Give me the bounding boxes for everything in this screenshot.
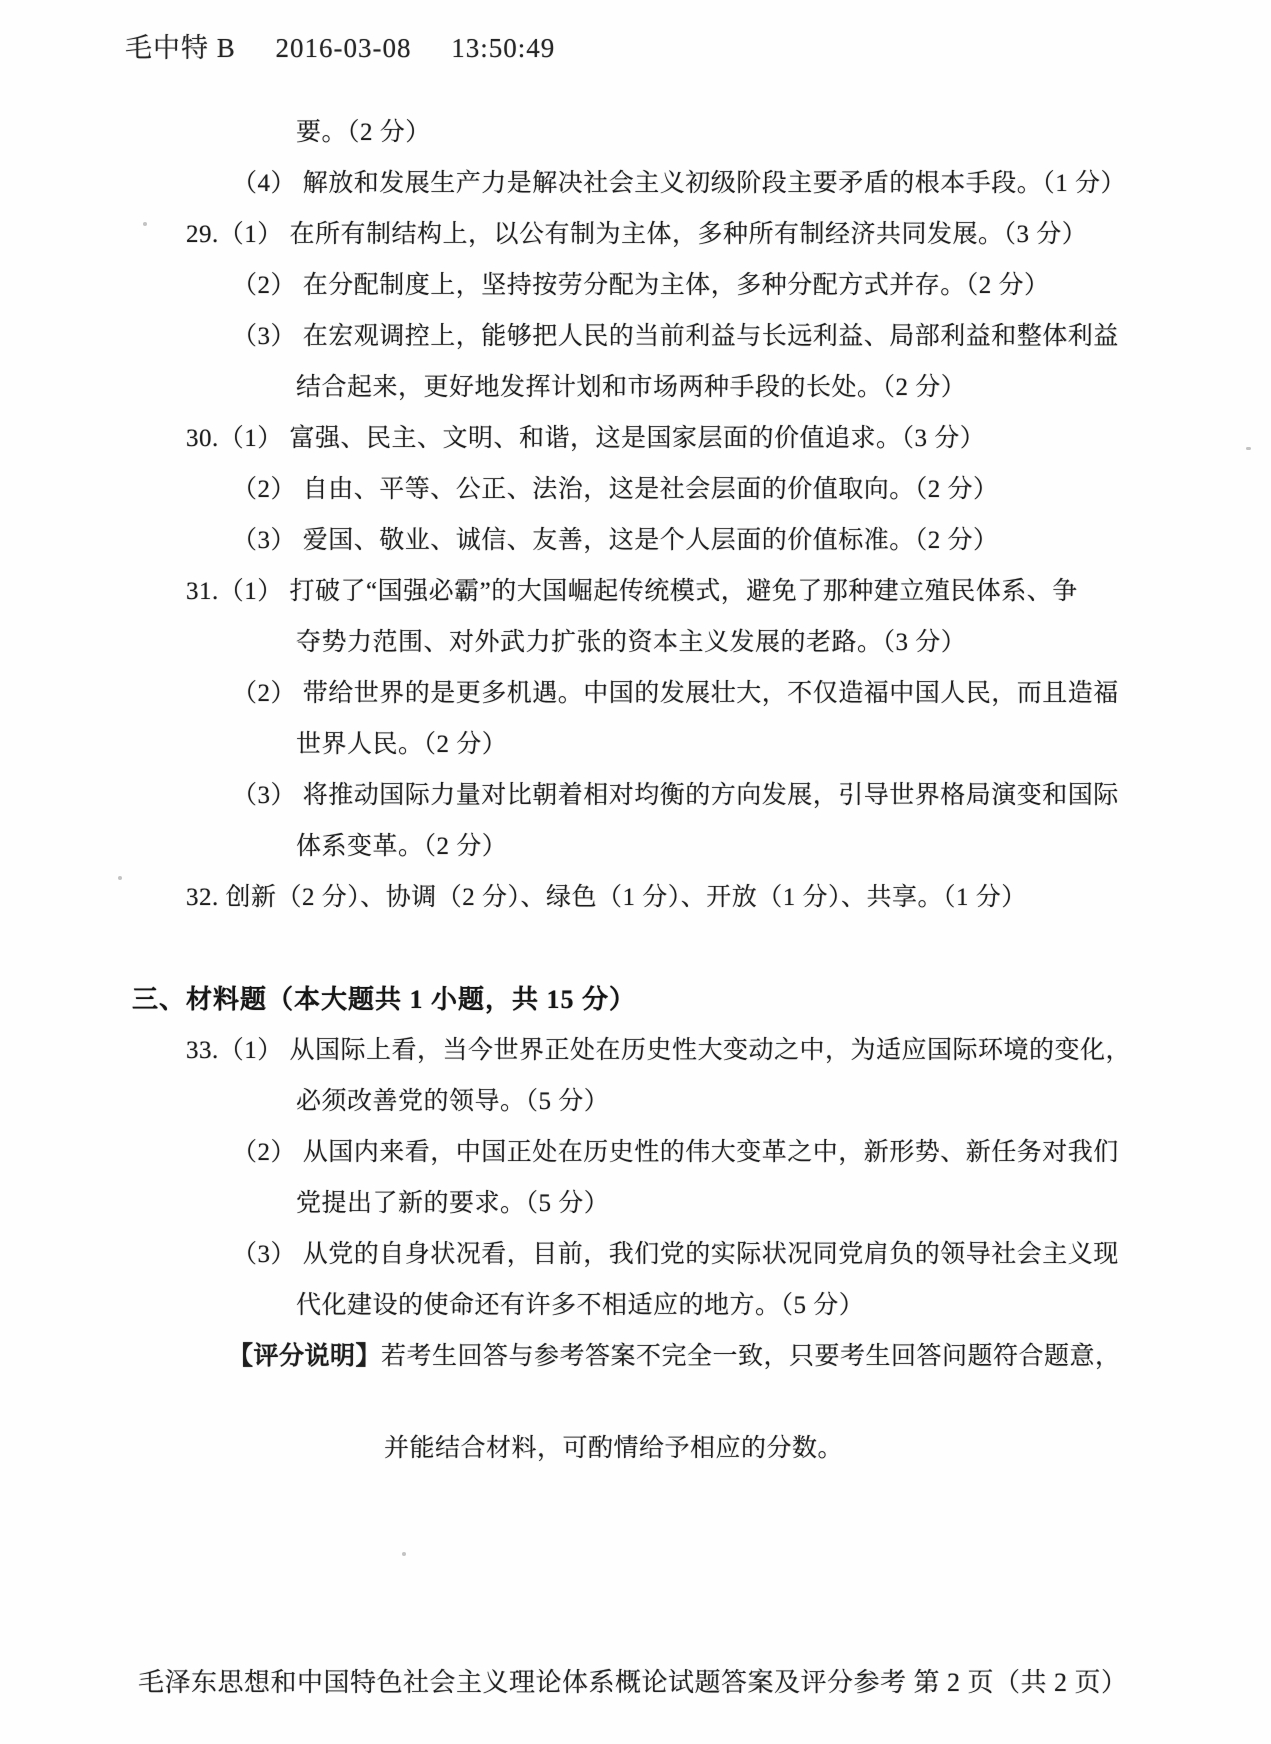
answer-line-text: （3） 将推动国际力量对比朝着相对均衡的方向发展，引导世界格局演变和国际 — [232, 782, 1119, 809]
answer-line: 必须改善党的领导。（5 分） — [296, 1076, 1271, 1127]
answer-line-text: （2） 自由、平等、公正、法治，这是社会层面的价值取向。（2 分） — [232, 476, 999, 503]
answer-line-text: （2） 带给世界的是更多机遇。中国的发展壮大，不仅造福中国人民，而且造福 — [232, 680, 1119, 707]
answer-line: 结合起来，更好地发挥计划和市场两种手段的长处。（2 分） — [296, 362, 1271, 413]
answer-line-text: 三、材料题（本大题共 1 小题，共 15 分） — [132, 985, 636, 1014]
answer-line: （3） 爱国、敬业、诚信、友善，这是个人层面的价值标准。（2 分） — [232, 515, 1271, 566]
answer-line: 要。（2 分） — [296, 107, 1271, 158]
answer-line: （3） 从党的自身状况看，目前，我们党的实际状况同党肩负的领导社会主义现 — [232, 1229, 1271, 1280]
answer-line-text: 并能结合材料，可酌情给予相应的分数。 — [384, 1435, 843, 1462]
answer-line-text: 代化建设的使命还有许多不相适应的地方。（5 分） — [296, 1292, 864, 1319]
answer-line-text: 33.（1） 从国际上看，当今世界正处在历史性大变动之中，为适应国际环境的变化， — [186, 1037, 1131, 1064]
answer-line-text: 29.（1） 在所有制结构上，以公有制为主体，多种所有制经济共同发展。（3 分） — [186, 221, 1087, 248]
answer-line-text: 31.（1） 打破了“国强必霸”的大国崛起传统模式，避免了那种建立殖民体系、争 — [186, 578, 1078, 605]
answer-line: （3） 在宏观调控上，能够把人民的当前利益与长远利益、局部利益和整体利益 — [232, 311, 1271, 362]
answer-line-text: （2） 从国内来看，中国正处在历史性的伟大变革之中，新形势、新任务对我们 — [232, 1139, 1119, 1166]
answer-line-text: 必须改善党的领导。（5 分） — [296, 1088, 609, 1115]
answer-line: 代化建设的使命还有许多不相适应的地方。（5 分） — [296, 1280, 1271, 1331]
answer-line: （2） 在分配制度上，坚持按劳分配为主体，多种分配方式并存。（2 分） — [232, 260, 1271, 311]
answer-lines: 要。（2 分）（4） 解放和发展生产力是解决社会主义初级阶段主要矛盾的根本手段。… — [0, 107, 1271, 1474]
scan-speckle — [1246, 447, 1251, 450]
answer-line-text: 要。（2 分） — [296, 119, 431, 146]
answer-line-text: 若考生回答与参考答案不完全一致，只要考生回答问题符合题意， — [381, 1343, 1121, 1370]
answer-line-text: （3） 爱国、敬业、诚信、友善，这是个人层面的价值标准。（2 分） — [232, 527, 999, 554]
answer-line-text: （2） 在分配制度上，坚持按劳分配为主体，多种分配方式并存。（2 分） — [232, 272, 1050, 299]
answer-line: 30.（1） 富强、民主、文明、和谐，这是国家层面的价值追求。（3 分） — [186, 413, 1271, 464]
answer-line: 世界人民。（2 分） — [296, 719, 1271, 770]
scan-speckle — [348, 1307, 351, 1310]
answer-line: 33.（1） 从国际上看，当今世界正处在历史性大变动之中，为适应国际环境的变化， — [186, 1025, 1271, 1076]
answer-line-text: 32. 创新（2 分）、协调（2 分）、绿色（1 分）、开放（1 分）、共享。（… — [186, 884, 1027, 911]
answer-line: 【评分说明】若考生回答与参考答案不完全一致，只要考生回答问题符合题意， — [228, 1331, 1271, 1382]
section-heading: 三、材料题（本大题共 1 小题，共 15 分） — [132, 974, 1271, 1025]
answer-line: 体系变革。（2 分） — [296, 821, 1271, 872]
header-time: 13:50:49 — [451, 33, 555, 63]
answer-line-text: （3） 从党的自身状况看，目前，我们党的实际状况同党肩负的领导社会主义现 — [232, 1241, 1119, 1268]
scan-speckle — [118, 876, 122, 880]
answer-line: （2） 自由、平等、公正、法治，这是社会层面的价值取向。（2 分） — [232, 464, 1271, 515]
answer-line-text: 夺势力范围、对外武力扩张的资本主义发展的老路。（3 分） — [296, 629, 966, 656]
answer-line-text: 结合起来，更好地发挥计划和市场两种手段的长处。（2 分） — [296, 374, 966, 401]
footer-text: 毛泽东思想和中国特色社会主义理论体系概论试题答案及评分参考 第 2 页（共 2 … — [138, 1668, 1128, 1697]
scan-speckle — [402, 1552, 406, 1556]
answer-line-text: 30.（1） 富强、民主、文明、和谐，这是国家层面的价值追求。（3 分） — [186, 425, 985, 452]
header-date: 2016-03-08 — [276, 33, 412, 63]
answer-line-text: 世界人民。（2 分） — [296, 731, 507, 758]
answer-line: （4） 解放和发展生产力是解决社会主义初级阶段主要矛盾的根本手段。（1 分） — [232, 158, 1271, 209]
header-course-code: 毛中特 B — [125, 33, 236, 63]
answer-line-text: （4） 解放和发展生产力是解决社会主义初级阶段主要矛盾的根本手段。（1 分） — [232, 170, 1126, 197]
answer-line: （3） 将推动国际力量对比朝着相对均衡的方向发展，引导世界格局演变和国际 — [232, 770, 1271, 821]
scanned-document-page: 毛中特 B 2016-03-08 13:50:49 要。（2 分）（4） 解放和… — [0, 0, 1271, 1744]
document-header: 毛中特 B 2016-03-08 13:50:49 — [125, 26, 555, 65]
answer-line: 党提出了新的要求。（5 分） — [296, 1178, 1271, 1229]
answer-line: 32. 创新（2 分）、协调（2 分）、绿色（1 分）、开放（1 分）、共享。（… — [186, 872, 1271, 923]
document-footer: 毛泽东思想和中国特色社会主义理论体系概论试题答案及评分参考 第 2 页（共 2 … — [138, 1662, 1128, 1699]
answer-line-text: 体系变革。（2 分） — [296, 833, 507, 860]
answer-line: （2） 带给世界的是更多机遇。中国的发展壮大，不仅造福中国人民，而且造福 — [232, 668, 1271, 719]
scan-speckle — [143, 222, 147, 226]
answer-line: 31.（1） 打破了“国强必霸”的大国崛起传统模式，避免了那种建立殖民体系、争 — [186, 566, 1271, 617]
answer-line: 夺势力范围、对外武力扩张的资本主义发展的老路。（3 分） — [296, 617, 1271, 668]
answer-line: 并能结合材料，可酌情给予相应的分数。 — [384, 1423, 1271, 1474]
answer-line-text: （3） 在宏观调控上，能够把人民的当前利益与长远利益、局部利益和整体利益 — [232, 323, 1119, 350]
score-note-label: 【评分说明】 — [228, 1343, 381, 1370]
answer-line: （2） 从国内来看，中国正处在历史性的伟大变革之中，新形势、新任务对我们 — [232, 1127, 1271, 1178]
answer-line-text: 党提出了新的要求。（5 分） — [296, 1190, 609, 1217]
answer-line: 29.（1） 在所有制结构上，以公有制为主体，多种所有制经济共同发展。（3 分） — [186, 209, 1271, 260]
